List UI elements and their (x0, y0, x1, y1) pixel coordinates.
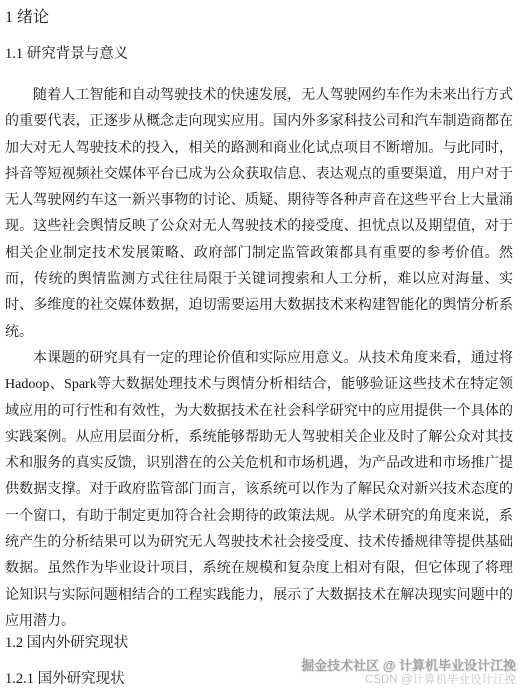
text-line: 加大对无人驾驶技术的投入，相关的路测和商业化试点项目不断增加。与此同时， (5, 136, 513, 162)
text-line: 而，传统的舆情监测方式往往局限于关键词搜索和人工分析，难以应对海量、实 (5, 267, 513, 293)
text-line: 本课题的研究具有一定的理论价值和实际应用意义。从技术角度来看，通过将 (5, 346, 513, 372)
text-line: 应用潜力。 (5, 609, 513, 635)
text-line: 一个窗口，有助于制定更加符合社会期待的政策法规。从学术研究的角度来说，系 (5, 504, 513, 530)
text-line: 无人驾驶网约车这一新兴事物的讨论、质疑、期待等各种声音在这些平台上大量涌 (5, 188, 513, 214)
paragraph: 随着人工智能和自动驾驶技术的快速发展，无人驾驶网约车作为未来出行方式的重要代表，… (5, 83, 513, 346)
text-line: 统产生的分析结果可以为研究无人驾驶技术社会接受度、技术传播规律等提供基础 (5, 530, 513, 556)
text-line: 数据。虽然作为毕业设计项目，系统在规模和复杂度上相对有限，但它体现了将理 (5, 556, 513, 582)
text-line: 供数据支撑。对于政府监管部门而言，该系统可以作为了解民众对新兴技术态度的 (5, 477, 513, 503)
chapter-heading: 1 绪论 (5, 9, 513, 27)
section-heading-1-2: 1.2 国内外研究现状 (5, 635, 513, 651)
text-line: 随着人工智能和自动驾驶技术的快速发展，无人驾驶网约车作为未来出行方式 (5, 83, 513, 109)
text-line: 论知识与实际问题相结合的工程实践能力，展示了大数据技术在解决现实问题中的 (5, 583, 513, 609)
paragraph: 本课题的研究具有一定的理论价值和实际应用意义。从技术角度来看，通过将Hadoop… (5, 346, 513, 635)
section-heading-1-1: 1.1 研究背景与意义 (5, 46, 513, 62)
text-line: 统。 (5, 320, 513, 346)
subsection-heading-1-2-1: 1.2.1 国外研究现状 (5, 671, 513, 687)
text-line: 现。这些社会舆情反映了公众对无人驾驶技术的接受度、担忧点以及期望值，对于 (5, 214, 513, 240)
document-page: 1 绪论 1.1 研究背景与意义 随着人工智能和自动驾驶技术的快速发展，无人驾驶… (0, 0, 520, 691)
text-line: 域应用的可行性和有效性，为大数据技术在社会科学研究中的应用提供一个具体的 (5, 399, 513, 425)
body-paragraphs: 随着人工智能和自动驾驶技术的快速发展，无人驾驶网约车作为未来出行方式的重要代表，… (5, 83, 513, 635)
text-line: 实践案例。从应用层面分析，系统能够帮助无人驾驶相关企业及时了解公众对其技 (5, 425, 513, 451)
text-line: Hadoop、Spark等大数据处理技术与舆情分析相结合，能够验证这些技术在特定… (5, 372, 513, 398)
text-line: 抖音等短视频社交媒体平台已成为公众获取信息、表达观点的重要渠道，用户对于 (5, 162, 513, 188)
text-line: 相关企业制定技术发展策略、政府部门制定监管政策都具有重要的参考价值。然 (5, 241, 513, 267)
text-line: 的重要代表，正逐步从概念走向现实应用。国内外多家科技公司和汽车制造商都在 (5, 109, 513, 135)
text-line: 时、多维度的社交媒体数据，迫切需要运用大数据技术来构建智能化的舆情分析系 (5, 293, 513, 319)
text-line: 术和服务的真实反馈，识别潜在的公关危机和市场机遇，为产品改进和市场推广提 (5, 451, 513, 477)
